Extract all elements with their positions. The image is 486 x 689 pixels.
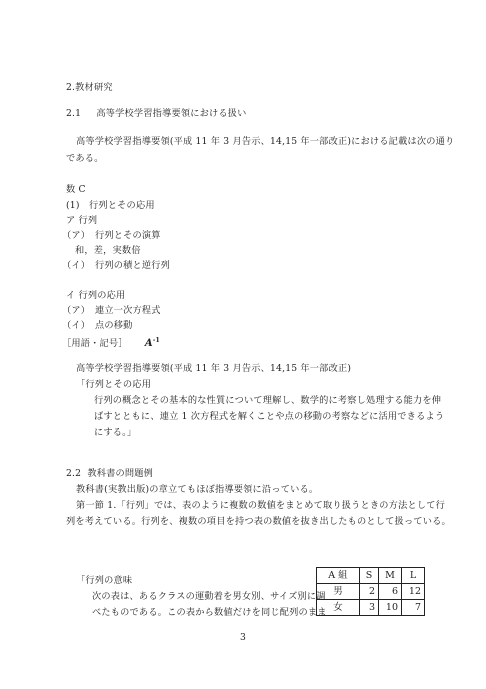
terms-line: ［用語・記号］ A-1 — [62, 335, 160, 350]
table-cell: 男 — [317, 584, 360, 600]
table-row: 女 3 10 7 — [317, 600, 425, 616]
subsection-title: 教科書の問題例 — [87, 468, 153, 479]
subsection-number: 2.1 — [66, 108, 81, 119]
inverse-matrix-symbol: A-1 — [145, 338, 160, 349]
curriculum-item: ア 行列 — [66, 215, 97, 227]
subject-heading: 数 C — [66, 184, 86, 196]
textbook-line: 列を考えている。行列を、複数の項目を持つ表の数値を抜き出したものとして扱っている… — [66, 516, 451, 528]
curriculum-item: （ア） 行列とその演算 — [62, 230, 161, 242]
table-header-cell: A 組 — [317, 568, 360, 584]
table-cell: 3 — [360, 600, 379, 616]
subsection-title: 高等学校学習指導要領における扱い — [96, 108, 246, 119]
table-cell: 2 — [360, 584, 379, 600]
textbook-line: 第一節 1.「行列」では、表のように複数の数値をまとめて取り扱うときの方法として… — [76, 500, 445, 512]
table-header-cell: L — [402, 568, 425, 584]
curriculum-item: （イ） 点の移動 — [62, 320, 133, 332]
page-number: 3 — [240, 632, 246, 644]
curriculum-item: 和，差，実数倍 — [75, 245, 141, 257]
subsection-2-1-heading: 2.1 高等学校学習指導要領における扱い — [66, 108, 247, 120]
quote-line: にする。」 — [94, 427, 136, 439]
quote-source: 高等学校学習指導要領(平成 11 年 3 月告示、14,15 年一部改正) — [76, 363, 351, 375]
table-cell: 女 — [317, 600, 360, 616]
curriculum-item: (1) 行列とその応用 — [66, 200, 155, 212]
example-line: 次の表は、あるクラスの運動着を男女別、サイズ別に調 — [92, 591, 326, 603]
table-header-row: A 組 S M L — [317, 568, 425, 584]
quote-heading: 「行列とその応用 — [76, 379, 151, 391]
table-cell: 10 — [379, 600, 402, 616]
intro-paragraph-line2: である。 — [66, 153, 104, 165]
table-cell: 6 — [379, 584, 402, 600]
table-cell: 7 — [402, 600, 425, 616]
subsection-number: 2.2 — [66, 468, 81, 479]
table-cell: 12 — [402, 584, 425, 600]
curriculum-item: イ 行列の応用 — [66, 290, 125, 302]
quote-line: 行列の概念とその基本的な性質について理解し、数学的に考察し処理する能力を伸 — [94, 395, 441, 407]
example-line: べたものである。この表から数値だけを同じ配列のまま — [92, 607, 327, 619]
subsection-2-2-heading: 2.2 教科書の問題例 — [66, 468, 153, 480]
terms-label: ［用語・記号］ — [62, 338, 128, 349]
curriculum-item: （イ） 行列の積と逆行列 — [62, 260, 170, 272]
curriculum-item: （ア） 連立一次方程式 — [62, 305, 161, 317]
intro-paragraph-line1: 高等学校学習指導要領(平成 11 年 3 月告示、14,15 年一部改正)におけ… — [76, 136, 454, 148]
textbook-line: 教科書(実教出版)の章立てもほぼ指導要領に沿っている。 — [76, 484, 318, 496]
section-title: 2.教材研究 — [66, 82, 113, 94]
example-heading: 「行列の意味 — [76, 575, 132, 587]
table-header-cell: M — [379, 568, 402, 584]
table-row: 男 2 6 12 — [317, 584, 425, 600]
clothing-size-table: A 組 S M L 男 2 6 12 女 3 10 7 — [316, 567, 425, 616]
table-header-cell: S — [360, 568, 379, 584]
quote-line: ばすとともに、連立 1 次方程式を解くことや点の移動の考察などに活用できるよう — [94, 411, 444, 423]
